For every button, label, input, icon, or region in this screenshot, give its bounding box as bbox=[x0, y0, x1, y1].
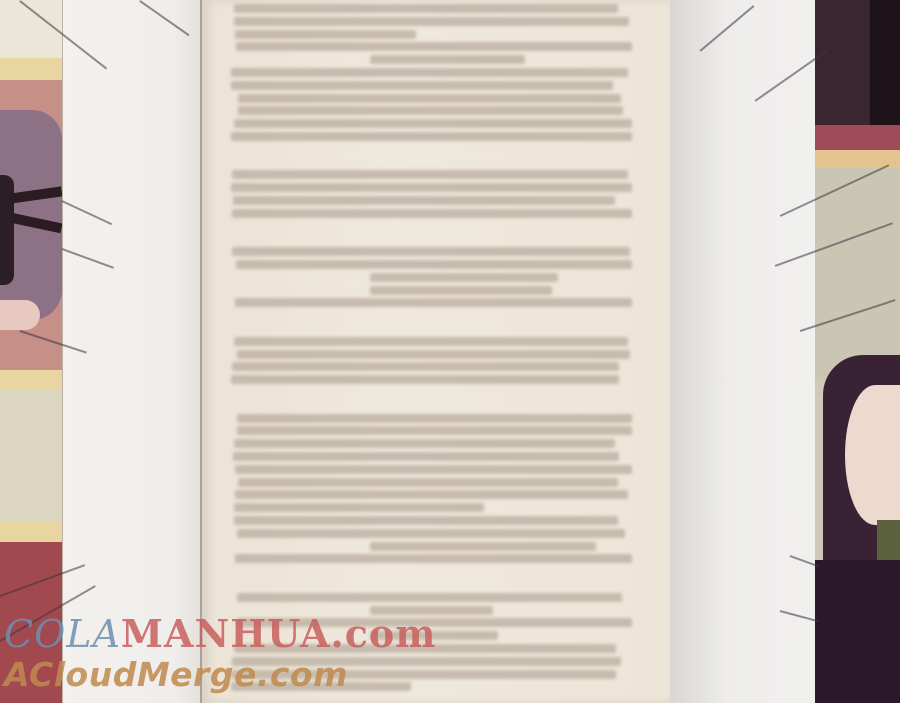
blurred-text-line bbox=[236, 260, 632, 269]
gold-trim bbox=[0, 370, 62, 390]
blurred-text-line bbox=[370, 55, 525, 64]
blurred-text-line bbox=[234, 439, 615, 448]
blurred-text-line bbox=[231, 183, 632, 192]
blurred-text-line bbox=[234, 4, 617, 13]
blurred-text-line bbox=[234, 17, 629, 26]
marble-floor bbox=[0, 390, 62, 522]
gold-trim bbox=[0, 58, 62, 80]
watermark: COLAMANHUA.com ACloudMerge.com bbox=[4, 612, 436, 694]
blurred-text-line bbox=[232, 209, 632, 218]
watermark-colamanhua: COLAMANHUA.com bbox=[4, 612, 436, 656]
character-collar bbox=[877, 520, 900, 560]
blurred-text-line bbox=[231, 375, 619, 384]
blurred-text-line bbox=[231, 68, 628, 77]
character-hand bbox=[0, 300, 40, 330]
blurred-text-line bbox=[235, 298, 632, 307]
gold-trim bbox=[0, 522, 62, 542]
blurred-text-line bbox=[233, 452, 619, 461]
blurred-text-line bbox=[370, 286, 552, 295]
right-art-panel bbox=[815, 0, 900, 703]
left-art-panel bbox=[0, 0, 62, 703]
blurred-text-line bbox=[235, 554, 632, 563]
right-page-margin bbox=[670, 0, 816, 703]
character-face bbox=[845, 385, 900, 525]
marble-floor bbox=[815, 168, 900, 380]
blurred-text-line bbox=[231, 81, 613, 90]
blurred-text-line bbox=[234, 503, 485, 512]
blurred-text-line bbox=[235, 490, 628, 499]
blurred-text-line bbox=[232, 362, 619, 371]
character-robe bbox=[815, 560, 900, 703]
blurred-text-line bbox=[234, 119, 632, 128]
blurred-text-line bbox=[236, 42, 632, 51]
blurred-text-line bbox=[238, 478, 618, 487]
blurred-text-line bbox=[237, 593, 622, 602]
character-hair bbox=[870, 0, 900, 125]
blurred-text-line bbox=[237, 426, 632, 435]
blurred-text-line bbox=[235, 465, 632, 474]
red-trim bbox=[815, 125, 900, 150]
blurred-text-line bbox=[232, 247, 630, 256]
blurred-text-line bbox=[370, 273, 558, 282]
blurred-text-line bbox=[237, 529, 625, 538]
watermark-manhua-text: MANHUA.com bbox=[121, 611, 437, 656]
blurred-text-line bbox=[231, 132, 632, 141]
watermark-cola-text: COLA bbox=[4, 612, 121, 656]
blurred-text-line bbox=[234, 337, 629, 346]
blurred-text-line bbox=[238, 94, 622, 103]
book-page bbox=[200, 0, 672, 703]
blurred-text-line bbox=[370, 542, 596, 551]
blurred-text-line bbox=[234, 516, 618, 525]
blurred-text-line bbox=[238, 106, 624, 115]
watermark-acloudmerge-text: ACloudMerge.com bbox=[4, 656, 436, 694]
blurred-text-line bbox=[235, 30, 417, 39]
blurred-text-line bbox=[237, 350, 631, 359]
blurred-text-line bbox=[232, 170, 628, 179]
blurred-text-line bbox=[237, 414, 632, 423]
blurred-text-line bbox=[233, 196, 615, 205]
character-eye bbox=[0, 175, 14, 285]
